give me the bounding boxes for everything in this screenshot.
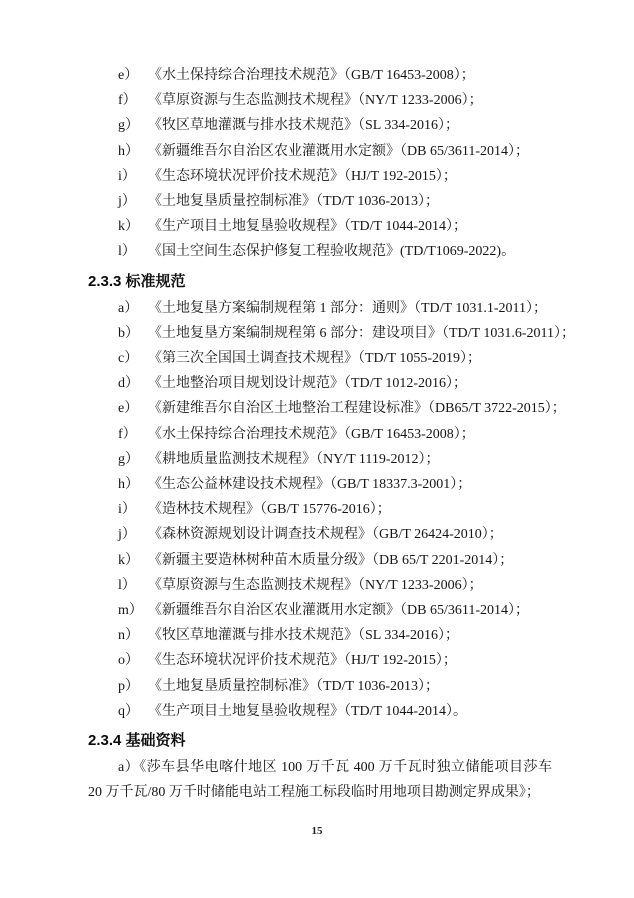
list-item: h）《生态公益林建设技术规程》（GB/T 18337.3-2001）； <box>88 472 552 497</box>
list-item: f）《草原资源与生态监测技术规程》（NY/T 1233-2006）； <box>88 88 552 113</box>
list-item-text: 《土地复垦质量控制标准》（TD/T 1036-2013）； <box>148 679 439 694</box>
list-item-marker: b） <box>118 321 148 346</box>
list-item-text: 《新疆维吾尔自治区农业灌溉用水定额》（DB 65/3611-2014）； <box>148 603 529 618</box>
list-item-text: 《生态公益林建设技术规程》（GB/T 18337.3-2001）； <box>148 477 471 492</box>
list-item-marker: n） <box>118 623 148 648</box>
list-item: q）《生产项目土地复垦验收规程》（TD/T 1044-2014）。 <box>88 699 552 724</box>
list-item-marker: g） <box>118 113 148 138</box>
list-item-marker: e） <box>118 396 148 421</box>
section-heading-2-3-3: 2.3.3 标准规范 <box>88 271 552 292</box>
document-page: e）《水土保持综合治理技术规范》（GB/T 16453-2008）； f）《草原… <box>0 0 634 898</box>
list-item-marker: l） <box>118 573 148 598</box>
list-item: o）《生态环境状况评价技术规范》（HJ/T 192-2015）； <box>88 648 552 673</box>
list-item: f）《水土保持综合治理技术规范》（GB/T 16453-2008）； <box>88 422 552 447</box>
list-item: i）《生态环境状况评价技术规范》（HJ/T 192-2015）； <box>88 164 552 189</box>
list-item-text: 《国土空间生态保护修复工程验收规范》(TD/T1069-2022)。 <box>148 244 515 259</box>
list-item-text: 《草原资源与生态监测技术规程》（NY/T 1233-2006）； <box>148 93 483 108</box>
list-item-marker: d） <box>118 371 148 396</box>
list-item: c）《第三次全国国土调查技术规程》（TD/T 1055-2019）； <box>88 346 552 371</box>
list-item-marker: g） <box>118 447 148 472</box>
list-item: e）《水土保持综合治理技术规范》（GB/T 16453-2008）； <box>88 63 552 88</box>
list-item-marker: k） <box>118 548 148 573</box>
list-item: k）《新疆主要造林树种苗木质量分级》（DB 65/T 2201-2014）； <box>88 548 552 573</box>
list-item-marker: e） <box>118 63 148 88</box>
list-item: g）《耕地质量监测技术规程》（NY/T 1119-2012）； <box>88 447 552 472</box>
list-item-text: 《草原资源与生态监测技术规程》（NY/T 1233-2006）； <box>148 578 483 593</box>
list-item-marker: i） <box>118 497 148 522</box>
list-item-text: 《生产项目土地复垦验收规程》（TD/T 1044-2014）。 <box>148 704 467 719</box>
list-item-text: 《新建维吾尔自治区土地整治工程建设标准》（DB65/T 3722-2015）； <box>148 401 566 416</box>
list-item: n）《牧区草地灌溉与排水技术规范》（SL 334-2016）； <box>88 623 552 648</box>
list-item-marker: j） <box>118 189 148 214</box>
list-item-text: 《水土保持综合治理技术规范》（GB/T 16453-2008）； <box>148 427 475 442</box>
list-item: l）《国土空间生态保护修复工程验收规范》(TD/T1069-2022)。 <box>88 239 552 264</box>
list-item-text: 《耕地质量监测技术规程》（NY/T 1119-2012）； <box>148 452 440 467</box>
list-item-marker: a） <box>118 296 148 321</box>
list-item-text: 《土地复垦质量控制标准》（TD/T 1036-2013）； <box>148 194 439 209</box>
list-item: h）《新疆维吾尔自治区农业灌溉用水定额》（DB 65/3611-2014）； <box>88 139 552 164</box>
list-item-marker: f） <box>118 88 148 113</box>
list-item-marker: o） <box>118 648 148 673</box>
reference-list-continuation: e）《水土保持综合治理技术规范》（GB/T 16453-2008）； f）《草原… <box>88 63 552 265</box>
list-item: p）《土地复垦质量控制标准》（TD/T 1036-2013）； <box>88 674 552 699</box>
base-data-paragraph: a）《莎车县华电喀什地区 100 万千瓦 400 万千瓦时独立储能项目莎车 20… <box>88 755 552 806</box>
list-item-marker: m） <box>118 598 148 623</box>
list-item-text: 《生态环境状况评价技术规范》（HJ/T 192-2015）； <box>148 169 457 184</box>
list-item-text: 《水土保持综合治理技术规范》（GB/T 16453-2008）； <box>148 68 475 83</box>
list-item: e）《新建维吾尔自治区土地整治工程建设标准》（DB65/T 3722-2015）… <box>88 396 552 421</box>
list-item-text: 《第三次全国国土调查技术规程》（TD/T 1055-2019）； <box>148 351 481 366</box>
list-item-text: 《生产项目土地复垦验收规程》（TD/T 1044-2014）； <box>148 219 467 234</box>
list-item-marker: j） <box>118 522 148 547</box>
list-item: l）《草原资源与生态监测技术规程》（NY/T 1233-2006）； <box>88 573 552 598</box>
list-item-text: 《土地复垦方案编制规程第 6 部分：建设项目》（TD/T 1031.6-2011… <box>148 326 575 341</box>
list-item-marker: c） <box>118 346 148 371</box>
list-item-text: 《造林技术规程》（GB/T 15776-2016）； <box>148 502 391 517</box>
list-item: g）《牧区草地灌溉与排水技术规范》（SL 334-2016）； <box>88 113 552 138</box>
list-item-marker: k） <box>118 214 148 239</box>
list-item-text: 《生态环境状况评价技术规范》（HJ/T 192-2015）； <box>148 653 457 668</box>
list-item-marker: h） <box>118 472 148 497</box>
list-item-marker: i） <box>118 164 148 189</box>
list-item: i）《造林技术规程》（GB/T 15776-2016）； <box>88 497 552 522</box>
list-item-text: 《新疆主要造林树种苗木质量分级》（DB 65/T 2201-2014）； <box>148 553 513 568</box>
list-item: b）《土地复垦方案编制规程第 6 部分：建设项目》（TD/T 1031.6-20… <box>88 321 552 346</box>
list-item-text: 《土地整治项目规划设计规范》（TD/T 1012-2016）； <box>148 376 467 391</box>
list-item-text: 《牧区草地灌溉与排水技术规范》（SL 334-2016）； <box>148 118 459 133</box>
list-item-marker: f） <box>118 422 148 447</box>
section-heading-2-3-4: 2.3.4 基础资料 <box>88 730 552 751</box>
list-item: j）《森林资源规划设计调查技术规程》（GB/T 26424-2010）； <box>88 522 552 547</box>
list-item: d）《土地整治项目规划设计规范》（TD/T 1012-2016）； <box>88 371 552 396</box>
list-item-text: 《新疆维吾尔自治区农业灌溉用水定额》（DB 65/3611-2014）； <box>148 144 529 159</box>
page-number: 15 <box>0 825 634 837</box>
list-item-text: 《牧区草地灌溉与排水技术规范》（SL 334-2016）； <box>148 628 459 643</box>
list-item-marker: q） <box>118 699 148 724</box>
list-item-marker: h） <box>118 139 148 164</box>
list-item-text: 《土地复垦方案编制规程第 1 部分：通则》（TD/T 1031.1-2011）； <box>148 301 547 316</box>
list-item-text: 《森林资源规划设计调查技术规程》（GB/T 26424-2010）； <box>148 527 503 542</box>
standards-list: a）《土地复垦方案编制规程第 1 部分：通则》（TD/T 1031.1-2011… <box>88 296 552 724</box>
list-item-marker: l） <box>118 239 148 264</box>
list-item: a）《土地复垦方案编制规程第 1 部分：通则》（TD/T 1031.1-2011… <box>88 296 552 321</box>
list-item: j）《土地复垦质量控制标准》（TD/T 1036-2013）； <box>88 189 552 214</box>
list-item: k）《生产项目土地复垦验收规程》（TD/T 1044-2014）； <box>88 214 552 239</box>
list-item-marker: p） <box>118 674 148 699</box>
list-item: m）《新疆维吾尔自治区农业灌溉用水定额》（DB 65/3611-2014）； <box>88 598 552 623</box>
